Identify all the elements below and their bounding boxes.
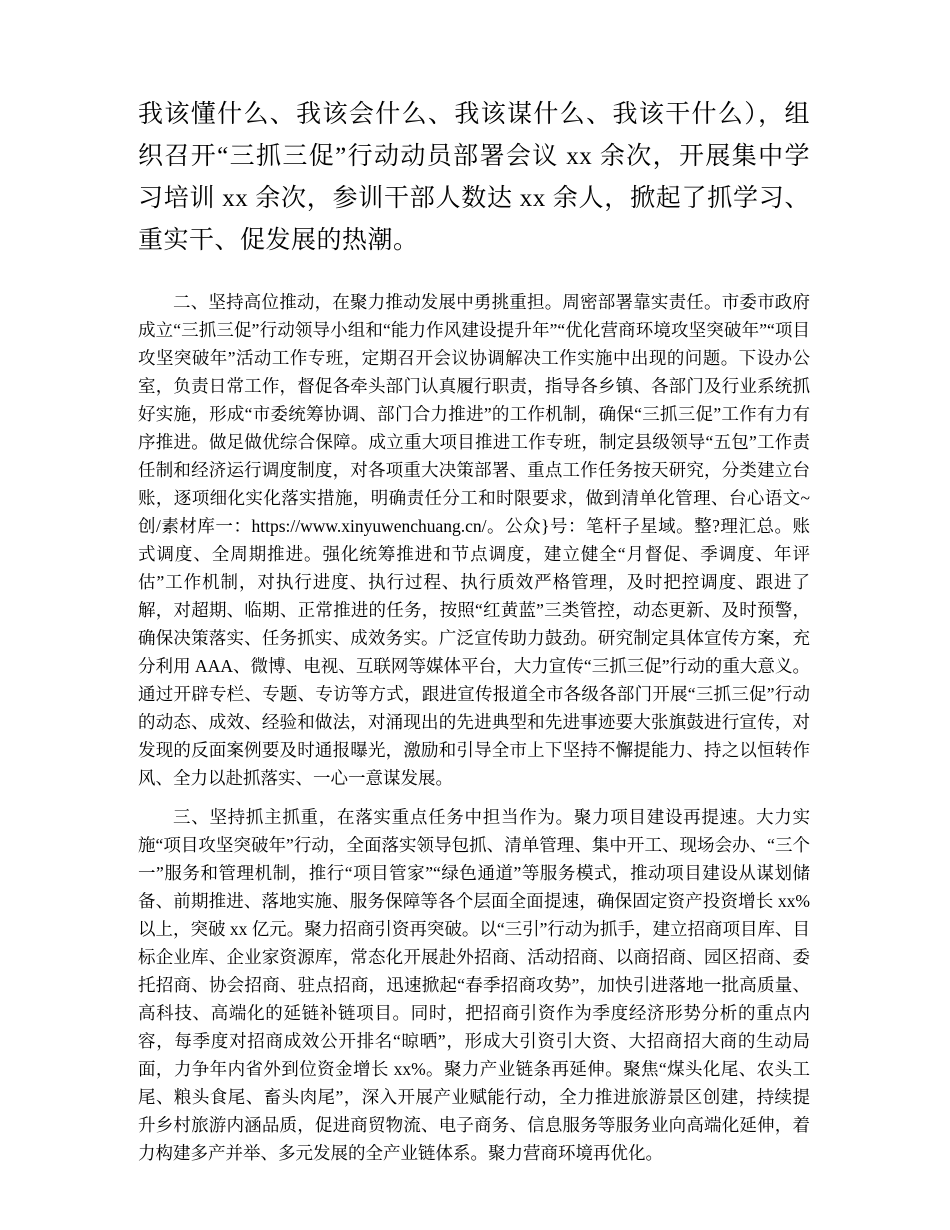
paragraph-section-three: 三、坚持抓主抓重，在落实重点任务中担当作为。聚力项目建设再提速。大力实施“项目攻… [138, 803, 810, 1167]
paragraph-section-two: 二、坚持高位推动，在聚力推动发展中勇挑重担。周密部署靠实责任。市委市政府成立“三… [138, 288, 810, 792]
intro-paragraph-fragment: 我该懂什么、我该会什么、我该谋什么、我该干什么），组织召开“三抓三促”行动动员部… [138, 94, 810, 262]
document-page: 我该懂什么、我该会什么、我该谋什么、我该干什么），组织召开“三抓三促”行动动员部… [0, 0, 950, 1230]
